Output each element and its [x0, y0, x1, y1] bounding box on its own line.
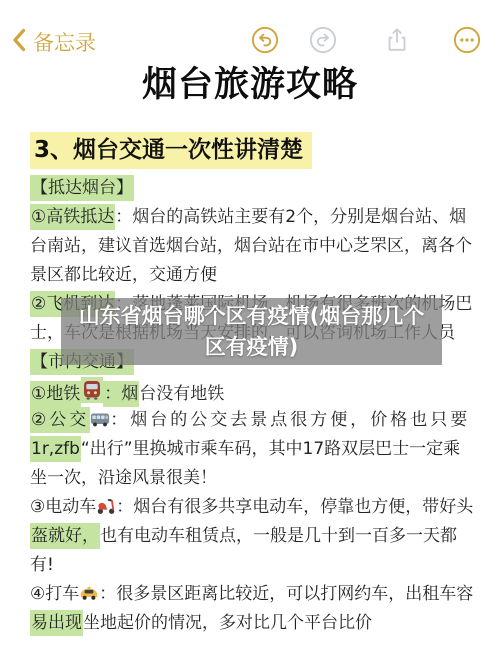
note-text: ：烟台的公交去景点很方便，价格也只要 [110, 410, 470, 430]
nav-bar: 备忘录 [0, 0, 500, 60]
metro-icon [81, 377, 103, 403]
watermark-text-line2: 区有疫情) [205, 332, 299, 363]
note-line: 坐一次，沿途风景很美！ [30, 464, 472, 493]
back-button[interactable]: 备忘录 [12, 27, 96, 57]
note-text: 景区都比较近，交通方便 [30, 265, 217, 285]
highlighted-text: 易出现 [30, 610, 83, 636]
note-line: 易出现坐地起价的情况，多对比几个平台比价 [30, 609, 472, 638]
highlighted-text: ：烟 [103, 381, 139, 407]
note-text: “出行”里换城市乘车码，其中17路双层巴士一定乘 [81, 439, 460, 459]
note-text: ：烟台的高铁站主要有2个，分别是烟台站、烟 [115, 207, 466, 227]
note-line: ①高铁抵达：烟台的高铁站主要有2个，分别是烟台站、烟 [30, 203, 472, 232]
note-line: 景区都比较近，交通方便 [30, 261, 472, 290]
undo-button[interactable] [251, 26, 279, 54]
note-lines: 【抵达烟台】①高铁抵达：烟台的高铁站主要有2个，分别是烟台站、烟台南站，建议首选… [30, 174, 472, 638]
note-line: ②公交：烟台的公交去景点很方便，价格也只要 [30, 406, 472, 435]
note-text: ③电动车 [30, 497, 96, 517]
highlighted-text: 【抵达烟台】 [30, 175, 134, 201]
note-text: 坐地起价的情况，多对比几个平台比价 [83, 613, 372, 633]
note-text: 台南站，建议首选烟台站，烟台站在市中心芝罘区，离各个 [30, 236, 472, 256]
note-line: 1r,zfb“出行”里换城市乘车码，其中17路双层巴士一定乘 [30, 435, 472, 464]
watermark-overlay: 山东省烟台哪个区有疫情(烟台那几个 区有疫情) [61, 298, 442, 365]
highlighted-text: 1r,zfb [30, 436, 81, 462]
note-title[interactable]: 烟台旅游攻略 [0, 62, 500, 108]
watermark-text-line1: 山东省烟台哪个区有疫情(烟台那几个 [79, 301, 425, 332]
note-line: 台南站，建议首选烟台站，烟台站在市中心芝罘区，离各个 [30, 232, 472, 261]
taxi-icon [79, 583, 99, 603]
note-text: 也有电动车租赁点，一般是几十到一百多一天都 [100, 526, 457, 546]
note-line: ①地铁：烟台没有地铁 [30, 377, 472, 406]
note-line: 【抵达烟台】 [30, 174, 472, 203]
bus-icon [90, 409, 110, 429]
back-label: 备忘录 [33, 27, 96, 57]
note-text: 台没有地铁 [139, 384, 224, 404]
note-body[interactable]: 3、烟台交通一次性讲清楚 【抵达烟台】①高铁抵达：烟台的高铁站主要有2个，分别是… [30, 132, 472, 638]
note-text: ：烟台有很多共享电动车，停靠也方便，带好头 [116, 497, 473, 517]
note-text: 坐一次，沿途风景很美！ [30, 468, 217, 488]
more-options-button[interactable] [453, 26, 481, 54]
highlighted-text: ②公交 [30, 407, 90, 433]
note-line: 盔就好，也有电动车租赁点，一般是几十到一百多一天都 [30, 522, 472, 551]
note-text: ④打车 [30, 584, 79, 604]
note-text: 有! [30, 555, 54, 575]
chevron-left-icon [12, 28, 26, 57]
share-button[interactable] [383, 26, 411, 54]
note-line: 有! [30, 551, 472, 580]
note-text: ：很多景区距离比较近，可以打网约车，出租车容 [99, 584, 473, 604]
highlighted-text: ①地铁 [30, 381, 81, 407]
scooter-icon [96, 496, 116, 516]
note-line: ④打车：很多景区距离比较近，可以打网约车，出租车容 [30, 580, 472, 609]
note-line: ③电动车：烟台有很多共享电动车，停靠也方便，带好头 [30, 493, 472, 522]
redo-button[interactable] [309, 26, 337, 54]
notes-app-window: 备忘录 烟台旅游攻略 3、烟台交通一次性讲清楚 【抵达烟台】①高铁抵达：烟台的高… [0, 0, 500, 668]
section-heading: 3、烟台交通一次性讲清楚 [30, 132, 312, 169]
highlighted-text: 盔就好， [30, 523, 100, 549]
highlighted-text: ①高铁抵达 [30, 204, 115, 230]
